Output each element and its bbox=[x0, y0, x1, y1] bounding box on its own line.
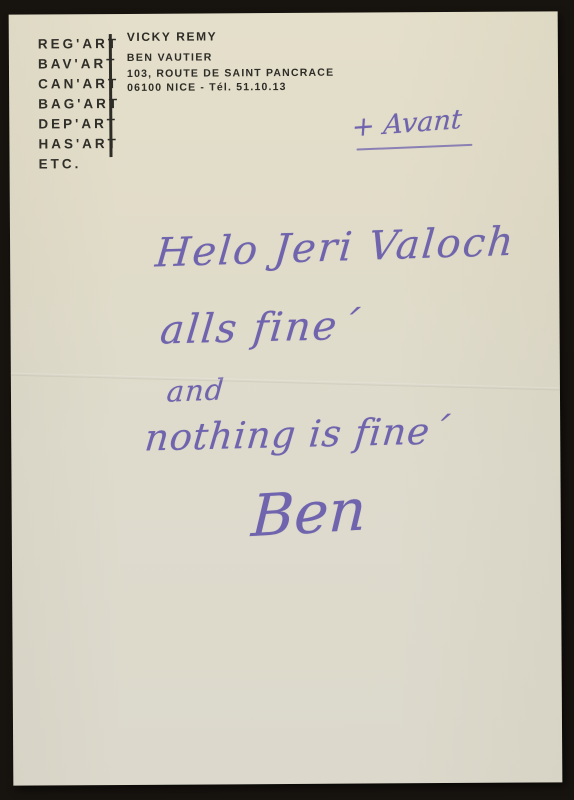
letterhead-wordplay-line: HAS'ART bbox=[38, 134, 120, 155]
letter-paper: REG'ART BAV'ART CAN'ART BAG'ART DEP'ART … bbox=[9, 11, 563, 785]
letterhead-wordplay-line: BAV'ART bbox=[38, 54, 120, 75]
letterhead-wordplay-line: BAG'ART bbox=[38, 94, 120, 115]
handwritten-annotation-underline bbox=[356, 144, 472, 151]
handwritten-annotation: + Avant bbox=[351, 104, 463, 143]
letterhead-wordplay-line: REG'ART bbox=[38, 34, 120, 55]
handwritten-body-line: alls fine´ bbox=[158, 303, 363, 354]
handwritten-body-line: nothing is fine´ bbox=[143, 409, 452, 459]
letterhead-wordplay-line: CAN'ART bbox=[38, 74, 120, 95]
handwritten-body-line: and bbox=[165, 372, 226, 408]
letterhead-name-ben-vautier: BEN VAUTIER bbox=[127, 51, 213, 64]
letterhead-wordplay-line: DEP'ART bbox=[38, 114, 120, 135]
letterhead-name-vicky-remy: VICKY REMY bbox=[127, 29, 218, 44]
letterhead-city-phone: 06100 NICE - Tél. 51.10.13 bbox=[127, 81, 287, 94]
paper-fold-crease bbox=[11, 373, 560, 391]
letterhead-wordplay-line: ETC. bbox=[39, 154, 121, 175]
letterhead-street-address: 103, ROUTE DE SAINT PANCRACE bbox=[127, 67, 334, 80]
scan-background: REG'ART BAV'ART CAN'ART BAG'ART DEP'ART … bbox=[0, 0, 574, 800]
handwritten-signature: Ben bbox=[250, 476, 368, 551]
handwritten-greeting-line: Helo Jeri Valoch bbox=[154, 219, 518, 277]
